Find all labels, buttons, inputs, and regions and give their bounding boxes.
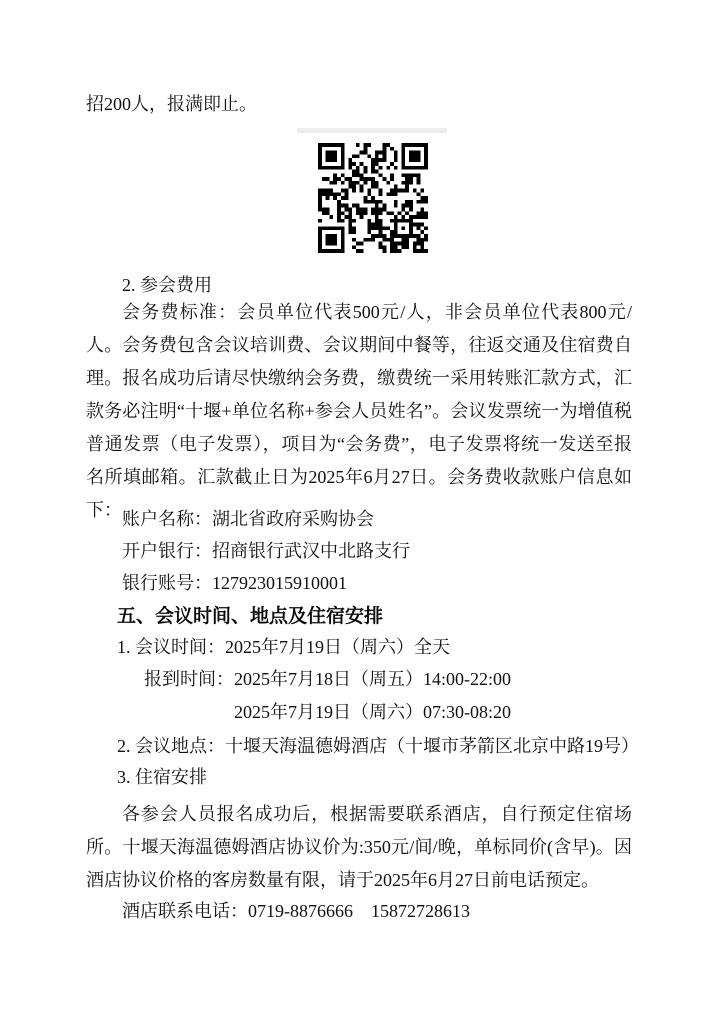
bank-line: 开户银行：招商银行武汉中北路支行 <box>86 535 410 568</box>
checkin-time-line-2: 2025年7月19日（周六）07:30-08:20 <box>234 696 511 729</box>
venue-line: 2. 会议地点：十堰天海温德姆酒店（十堰市茅箭区北京中路19号） <box>86 730 639 763</box>
checkin-time-line-1: 报到时间：2025年7月18日（周五）14:00-22:00 <box>144 663 511 696</box>
section5-heading: 五、会议时间、地点及住宿安排 <box>117 600 383 633</box>
document-page: 招200人，报满即止。 2. 参会费用 会务费标准：会员单位代表500元/人，非… <box>0 0 720 1018</box>
intro-line: 招200人，报满即止。 <box>86 88 257 121</box>
meeting-time-line: 1. 会议时间：2025年7月19日（周六）全天 <box>86 631 450 664</box>
hotel-phone-line: 酒店联系电话：0719-8876666 15872728613 <box>86 895 470 928</box>
account-number-line: 银行账号：127923015910001 <box>86 567 347 600</box>
qr-image-edge-artifact <box>297 128 447 133</box>
lodging-title-line: 3. 住宿安排 <box>86 761 207 794</box>
account-name-line: 账户名称：湖北省政府采购协会 <box>86 503 374 536</box>
lodging-paragraph: 各参会人员报名成功后，根据需要联系酒店，自行预定住宿场所。十堰天海温德姆酒店协议… <box>86 798 632 897</box>
qr-code-image <box>318 143 428 253</box>
fees-paragraph: 会务费标准：会员单位代表500元/人，非会员单位代表800元/人。会务费包含会议… <box>86 296 632 527</box>
